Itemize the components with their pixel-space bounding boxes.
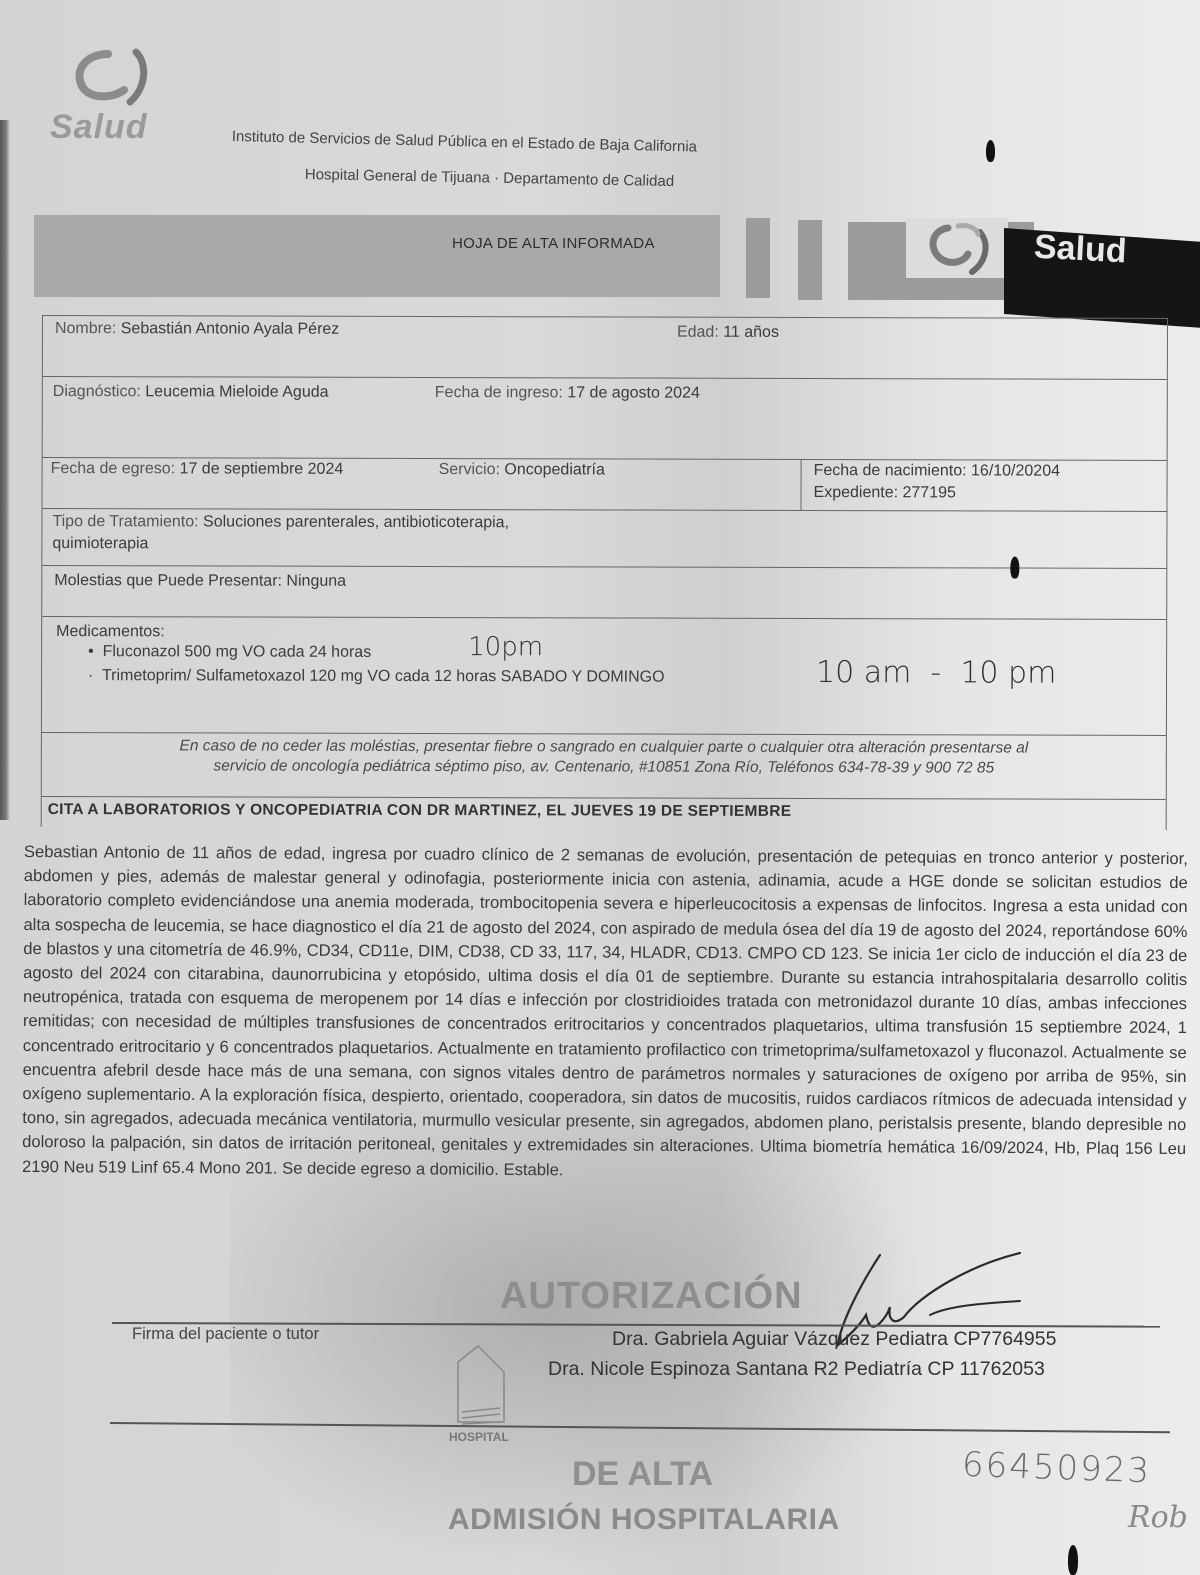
- ingreso-label: Fecha de ingreso:: [435, 384, 563, 401]
- egreso-label: Fecha de egreso:: [51, 460, 176, 477]
- ink-mark: [1068, 1545, 1078, 1575]
- diagnostico-label: Diagnóstico:: [53, 383, 141, 400]
- medication-item: • Fluconazol 500 mg VO cada 24 horas: [88, 643, 371, 662]
- treatment-line1: Soluciones parenterales, antibioticotera…: [203, 513, 509, 531]
- handwritten-phone: 66450923: [961, 1445, 1151, 1492]
- row-egreso: Fecha de egreso: 17 de septiembre 2024 S…: [42, 458, 1166, 512]
- treatment-line2: quimioterapia: [52, 535, 148, 553]
- patient-name: Sebastián Antonio Ayala Pérez: [121, 320, 340, 338]
- banner-stripe: [798, 220, 822, 300]
- bullet-icon: •: [88, 643, 98, 660]
- row-nombre: Nombre: Sebastián Antonio Ayala Pérez Ed…: [43, 316, 1167, 380]
- alta-stamp: DE ALTA: [572, 1455, 713, 1494]
- admision-stamp: ADMISIÓN HOSPITALARIA: [448, 1503, 840, 1537]
- clinical-summary: Sebastian Antonio de 11 años de edad, in…: [22, 840, 1188, 1186]
- tratamiento-label: Tipo de Tratamiento:: [52, 513, 198, 530]
- symptoms: Ninguna: [286, 573, 346, 590]
- row-molestias: Molestias que Puede Presentar: Ninguna: [42, 566, 1166, 620]
- discharge-document: Salud Instituto de Servicios de Salud Pú…: [0, 0, 1200, 1575]
- handwritten-note: 10pm: [468, 632, 543, 662]
- patient-signature-label: Firma del paciente o tutor: [132, 1325, 319, 1344]
- salud-swirl-icon: [906, 218, 1008, 278]
- nacimiento-label: Fecha de nacimiento:: [814, 462, 967, 479]
- hospital-stamp: HOSPITAL: [449, 1430, 509, 1444]
- autorizacion-stamp: AUTORIZACIÓN: [500, 1275, 803, 1318]
- document-title: HOJA DE ALTA INFORMADA: [452, 235, 655, 252]
- expediente-label: Expediente:: [814, 484, 899, 501]
- appointment: CITA A LABORATORIOS Y ONCOPEDIATRIA CON …: [48, 801, 792, 821]
- row-diagnostico: Diagnóstico: Leucemia Mieloide Aguda Fec…: [43, 377, 1167, 461]
- discharge-date: 17 de septiembre 2024: [180, 460, 344, 477]
- row-aviso: En caso de no ceder las moléstias, prese…: [42, 733, 1166, 800]
- edad-label: Edad:: [677, 324, 719, 341]
- patient-info-form: Nombre: Sebastián Antonio Ayala Pérez Ed…: [41, 315, 1168, 830]
- hospital-department: Hospital General de Tijuana · Departamen…: [305, 166, 675, 190]
- admission-date: 17 de agosto 2024: [567, 384, 700, 401]
- banner-stripe: [746, 218, 770, 298]
- diagnosis: Leucemia Mieloide Aguda: [145, 383, 328, 400]
- banner-logo-text: Salud: [1033, 228, 1127, 272]
- warning-line1: En caso de no ceder las moléstias, prese…: [42, 736, 1166, 759]
- banner-grey-band: [34, 215, 720, 297]
- medicamentos-label: Medicamentos:: [56, 623, 165, 641]
- ink-mark: [986, 140, 995, 162]
- handwritten-note: 10 am - 10 pm: [816, 655, 1056, 691]
- row-cita: CITA A LABORATORIOS Y ONCOPEDIATRIA CON …: [42, 797, 1166, 830]
- warning-line2: servicio de oncología pediátrica séptimo…: [42, 756, 1166, 779]
- record-number: 277195: [902, 484, 955, 501]
- medication-item: · Trimetoprim/ Sulfametoxazol 120 mg VO …: [88, 667, 665, 687]
- molestias-label: Molestias que Puede Presentar:: [54, 572, 282, 590]
- ink-mark: [1010, 557, 1019, 579]
- header-banner: HOJA DE ALTA INFORMADA Salud: [34, 210, 1200, 315]
- salud-logo-text: Salud: [50, 108, 148, 147]
- salud-logo: Salud: [50, 40, 180, 150]
- birth-date: 16/10/20204: [971, 462, 1060, 479]
- institute-name: Instituto de Servicios de Salud Pública …: [232, 128, 698, 156]
- doctor-1: Dra. Gabriela Aguiar Vázquez Pediatra CP…: [612, 1328, 1056, 1351]
- nombre-label: Nombre:: [55, 320, 116, 337]
- medication-text: Trimetoprim/ Sulfametoxazol 120 mg VO ca…: [102, 667, 665, 685]
- medication-text: Fluconazol 500 mg VO cada 24 horas: [103, 643, 372, 661]
- row-medicamentos: Medicamentos: • Fluconazol 500 mg VO cad…: [42, 617, 1166, 736]
- page-edge-shadow: [0, 120, 10, 820]
- bullet-icon: ·: [88, 667, 98, 684]
- banner-logo-box: [906, 218, 1008, 278]
- doctor-2: Dra. Nicole Espinoza Santana R2 Pediatrí…: [548, 1358, 1045, 1381]
- service: Oncopediatría: [504, 461, 605, 478]
- handwritten-name: Rob: [1128, 1500, 1188, 1535]
- row-tratamiento: Tipo de Tratamiento: Soluciones parenter…: [42, 509, 1166, 569]
- patient-age: 11 años: [723, 324, 779, 341]
- servicio-label: Servicio:: [439, 461, 500, 478]
- signature-line: [110, 1422, 1170, 1433]
- salud-swirl-icon: [68, 48, 158, 108]
